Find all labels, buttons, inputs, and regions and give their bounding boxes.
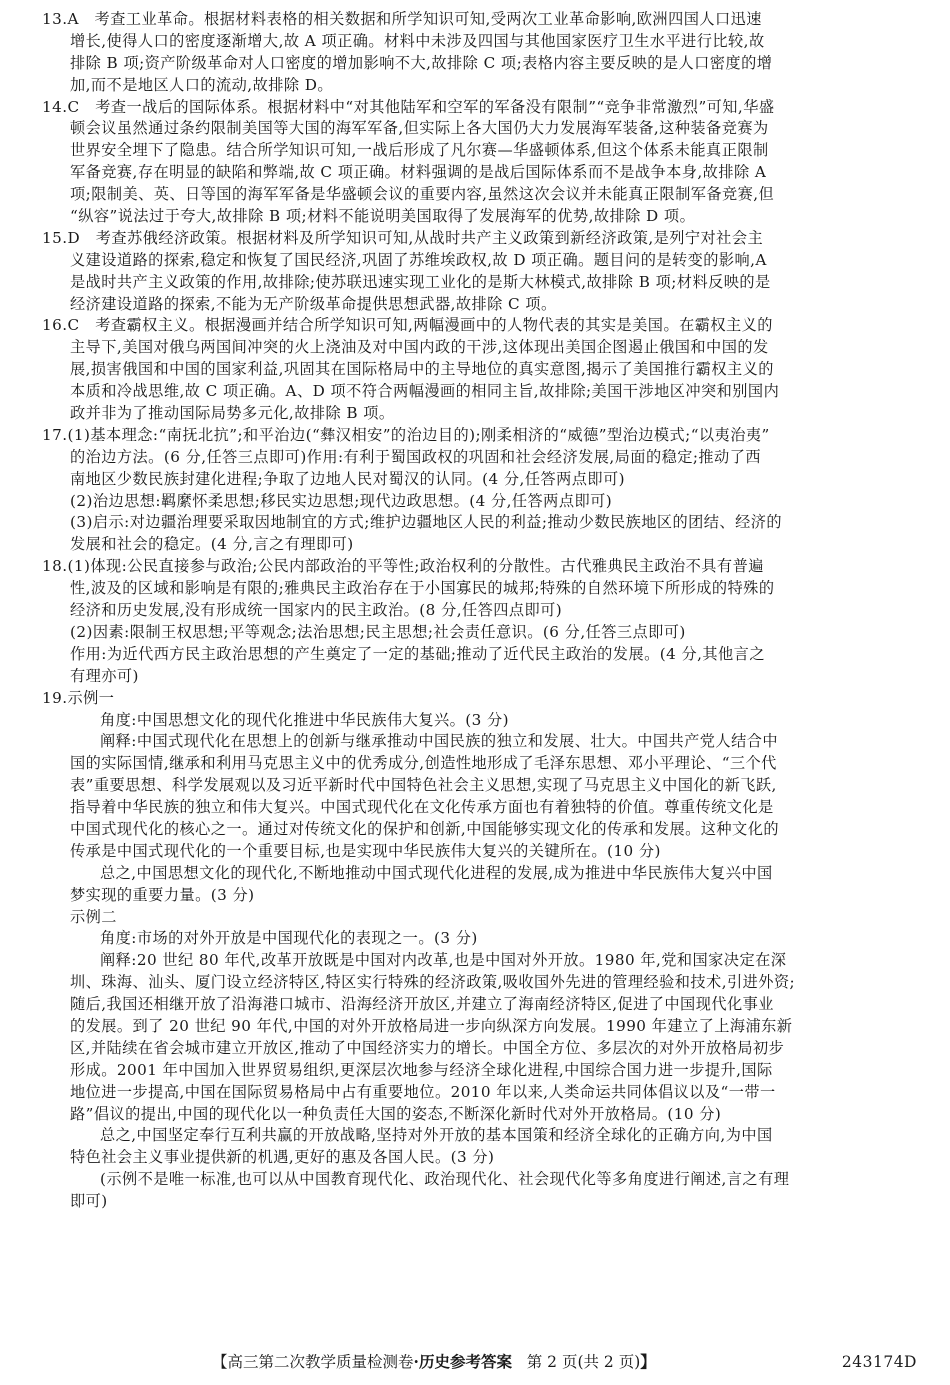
text-line: 义建设道路的探索,稳定和恢复了国民经济,巩固了苏维埃政权,故 D 项正确。题目问… <box>42 250 910 272</box>
text-line: 18.(1)体现:公民直接参与政治;公民内部政治的平等性;政治权利的分散性。古代… <box>42 556 910 578</box>
text-line: 随后,我国还相继开放了沿海港口城市、沿海经济开放区,并建立了海南经济特区,促进了… <box>42 994 910 1016</box>
page-footer: 【高三第二次教学质量检测卷·历史参考答案 第 2 页(共 2 页)】 24317… <box>212 1350 917 1374</box>
text-line: 14.C 考查一战后的国际体系。根据材料中“对其他陆军和空军的军备没有限制”“竞… <box>42 97 910 119</box>
text-line: 顿会议虽然通过条约限制美国等大国的海军军备,但实际上各大国仍大力发展海军装备,这… <box>42 118 910 140</box>
text-line: 传承是中国式现代化的一个重要目标,也是实现中华民族伟大复兴的关键所在。(10 分… <box>42 841 910 863</box>
text-line: 路”倡议的提出,中国的现代化以一种负责任大国的姿态,不断深化新时代对外开放格局。… <box>42 1104 910 1126</box>
text-line: 发展和社会的稳定。(4 分,言之有理即可) <box>42 534 910 556</box>
text-line: “纵容”说法过于夸大,故排除 B 项;材料不能说明美国取得了发展海军的优势,故排… <box>42 206 910 228</box>
answer-q13: 13.A 考查工业革命。根据材料表格的相关数据和所学知识可知,受两次工业革命影响… <box>42 9 910 97</box>
text-line: (2)因素:限制王权思想;平等观念;法治思想;民主思想;社会责任意识。(6 分,… <box>42 622 910 644</box>
text-line: 中国式现代化的核心之一。通过对传统文化的保护和创新,中国能够实现文化的传承和发展… <box>42 819 910 841</box>
text-line: 地位进一步提高,中国在国际贸易格局中占有重要地位。2010 年以来,人类命运共同… <box>42 1082 910 1104</box>
text-line: 区,并陆续在省会城市建立开放区,推动了中国经济实力的增长。中国全方位、多层次的对… <box>42 1038 910 1060</box>
text-line: 作用:为近代西方民主政治思想的产生奠定了一定的基础;推动了近代民主政治的发展。(… <box>42 644 910 666</box>
answer-document: 13.A 考查工业革命。根据材料表格的相关数据和所学知识可知,受两次工业革命影响… <box>42 9 910 1213</box>
text-line: 指导着中华民族的独立和伟大复兴。中国式现代化在文化传承方面也有着独特的价值。尊重… <box>42 797 910 819</box>
text-line: 性,波及的区域和影响是有限的;雅典民主政治存在于小国寡民的城邦;特殊的自然环境下… <box>42 578 910 600</box>
text-line: 国的实际国情,继承和利用马克思主义中的优秀成分,创造性地形成了毛泽东思想、邓小平… <box>42 753 910 775</box>
text-line: 表”重要思想、科学发展观以及习近平新时代中国特色社会主义思想,实现了马克思主义中… <box>42 775 910 797</box>
answer-q14: 14.C 考查一战后的国际体系。根据材料中“对其他陆军和空军的军备没有限制”“竞… <box>42 97 910 228</box>
footer-close-bracket: 】 <box>640 1352 656 1371</box>
text-line: 经济建设道路的探索,不能为无产阶级革命提供思想武器,故排除 C 项。 <box>42 294 910 316</box>
text-line: 19.示例一 <box>42 688 910 710</box>
text-line: 15.D 考查苏俄经济政策。根据材料及所学知识可知,从战时共产主义政策到新经济政… <box>42 228 910 250</box>
footer-page-info: 第 2 页(共 2 页) <box>527 1353 641 1371</box>
text-line: 加,而不是地区人口的流动,故排除 D。 <box>42 75 910 97</box>
footer-doc-code: 243174D <box>842 1350 917 1374</box>
text-line: 主导下,美国对俄乌两国间冲突的火上浇油及对中国内政的干涉,这体现出美国企图遏止俄… <box>42 337 910 359</box>
text-line: 13.A 考查工业革命。根据材料表格的相关数据和所学知识可知,受两次工业革命影响… <box>42 9 910 31</box>
answer-q17: 17.(1)基本理念:“南抚北抗”;和平治边(“彝汉相安”的治边目的);刚柔相济… <box>42 425 910 556</box>
text-line: 项;限制美、英、日等国的海军军备是华盛顿会议的重要内容,虽然这次会议并未能真正限… <box>42 184 910 206</box>
text-line: 展,损害俄国和中国的国家利益,巩固其在国际格局中的主导地位的真实意图,揭示了美国… <box>42 359 910 381</box>
text-line: 阐释:中国式现代化在思想上的创新与继承推动中国民族的独立和发展、壮大。中国共产党… <box>42 731 910 753</box>
answer-q16: 16.C 考查霸权主义。根据漫画并结合所学知识可知,两幅漫画中的人物代表的其实是… <box>42 315 910 424</box>
text-line: 示例二 <box>42 907 910 929</box>
answer-q19: 19.示例一 角度:中国思想文化的现代化推进中华民族伟大复兴。(3 分) 阐释:… <box>42 688 910 1213</box>
text-line: 梦实现的重要力量。(3 分) <box>42 885 910 907</box>
text-line: 世界安全埋下了隐患。结合所学知识可知,一战后形成了凡尔赛—华盛顿体系,但这个体系… <box>42 140 910 162</box>
answer-q18: 18.(1)体现:公民直接参与政治;公民内部政治的平等性;政治权利的分散性。古代… <box>42 556 910 687</box>
text-line: 本质和冷战思维,故 C 项正确。A、D 项不符合两幅漫画的相同主旨,故排除;美国… <box>42 381 910 403</box>
text-line: 的发展。到了 20 世纪 90 年代,中国的对外开放格局进一步向纵深方向发展。1… <box>42 1016 910 1038</box>
text-line: 增长,使得人口的密度逐渐增大,故 A 项正确。材料中未涉及四国与其他国家医疗卫生… <box>42 31 910 53</box>
text-line: 形成。2001 年中国加入世界贸易组织,更深层次地参与经济全球化进程,中国综合国… <box>42 1060 910 1082</box>
answer-q15: 15.D 考查苏俄经济政策。根据材料及所学知识可知,从战时共产主义政策到新经济政… <box>42 228 910 316</box>
text-line: 总之,中国思想文化的现代化,不断地推动中国式现代化进程的发展,成为推进中华民族伟… <box>42 863 910 885</box>
text-line: 圳、珠海、汕头、厦门设立经济特区,特区实行特殊的经济政策,吸收国外先进的管理经验… <box>42 972 910 994</box>
text-line: 即可) <box>42 1191 910 1213</box>
text-line: (示例不是唯一标准,也可以从中国教育现代化、政治现代化、社会现代化等多角度进行阐… <box>42 1169 910 1191</box>
text-line: (3)启示:对边疆治理要采取因地制宜的方式;维护边疆地区人民的利益;推动少数民族… <box>42 512 910 534</box>
footer-open-bracket: 【 <box>212 1353 228 1371</box>
text-line: 特色社会主义事业提供新的机遇,更好的惠及各国人民。(3 分) <box>42 1147 910 1169</box>
text-line: 军备竞赛,存在明显的缺陷和弊端,故 C 项正确。材料强调的是战后国际体系而不是战… <box>42 162 910 184</box>
text-line: 南地区少数民族封建化进程;争取了边地人民对蜀汉的认同。(4 分,任答两点即可) <box>42 469 910 491</box>
text-line: 16.C 考查霸权主义。根据漫画并结合所学知识可知,两幅漫画中的人物代表的其实是… <box>42 315 910 337</box>
text-line: 角度:市场的对外开放是中国现代化的表现之一。(3 分) <box>42 928 910 950</box>
footer-subject: 历史参考答案 <box>419 1352 512 1371</box>
text-line: 有理亦可) <box>42 666 910 688</box>
footer-exam-name: 高三第二次教学质量检测卷 <box>228 1353 414 1371</box>
text-line: 是战时共产主义政策的作用,故排除;使苏联迅速实现工业化的是斯大林模式,故排除 B… <box>42 272 910 294</box>
text-line: 的治边方法。(6 分,任答三点即可)作用:有利于蜀国政权的巩固和社会经济发展,局… <box>42 447 910 469</box>
text-line: 政并非为了推动国际局势多元化,故排除 B 项。 <box>42 403 910 425</box>
text-line: 经济和历史发展,没有形成统一国家内的民主政治。(8 分,任答四点即可) <box>42 600 910 622</box>
text-line: (2)治边思想:羁縻怀柔思想;移民实边思想;现代边政思想。(4 分,任答两点即可… <box>42 491 910 513</box>
text-line: 阐释:20 世纪 80 年代,改革开放既是中国对内改革,也是中国对外开放。198… <box>42 950 910 972</box>
text-line: 总之,中国坚定奉行互利共赢的开放战略,坚持对外开放的基本国策和经济全球化的正确方… <box>42 1125 910 1147</box>
text-line: 17.(1)基本理念:“南抚北抗”;和平治边(“彝汉相安”的治边目的);刚柔相济… <box>42 425 910 447</box>
text-line: 角度:中国思想文化的现代化推进中华民族伟大复兴。(3 分) <box>42 710 910 732</box>
text-line: 排除 B 项;资产阶级革命对人口密度的增加影响不大,故排除 C 项;表格内容主要… <box>42 53 910 75</box>
